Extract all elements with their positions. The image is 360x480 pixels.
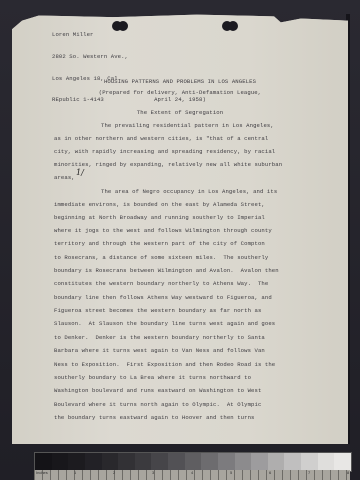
gray-patch [68,453,85,471]
ruler-mark: 3 [152,470,154,475]
paragraph-2-line: The area of Negro occupancy in Los Angel… [101,188,277,195]
ruler-mark: 2 [113,470,115,475]
paragraph-2-line: to Rosecrans, a distance of some sixteen… [54,254,268,261]
paragraph-2-line: southerly boundary to La Brea where it t… [54,374,251,381]
gray-patch [52,453,69,471]
paragraph-2-line: beginning at North Broadway and running … [54,214,265,221]
paragraph-1-line: The prevailing residential pattern in Lo… [101,122,274,129]
paragraph-2-line: to Denker. Denker is the western boundar… [54,334,265,341]
gray-patch [201,453,218,471]
section-heading: The Extent of Segregation [0,109,360,116]
document-title: HOUSING PATTERNS AND PROBLEMS IN LOS ANG… [0,78,360,85]
paragraph-1-line: as in other northern and western cities,… [54,135,268,142]
paragraph-1-line: city, with rapidly increasing and spread… [54,148,275,155]
ruler-mark: 6 [269,470,271,475]
paragraph-1-line: minorities, ringed by expanding, relativ… [54,161,282,168]
gray-patch [251,453,268,471]
paragraph-2-line: Ness to Exposition. First Exposition and… [54,361,275,368]
paragraph-2-line: Boulevard where it turns north again to … [54,401,261,408]
punch-hole-right [222,21,238,31]
footnote-mark: 1/ [76,168,84,177]
paragraph-2-line: boundary is Rosecrans between Wilmington… [54,267,279,274]
ruler-label: Inches [36,470,48,475]
ruler-mark: 7 [308,470,310,475]
ruler-mark: 4 [191,470,193,475]
paragraph-2-line: Barbara where it turns west again to Van… [54,347,265,354]
gray-patch [85,453,102,471]
paragraph-2-line: the boundary turns eastward again to Hoo… [54,414,255,421]
gray-patch [268,453,285,471]
paragraph-2-line: territory and through the western part o… [54,240,265,247]
ruler-mark: 8 [347,470,349,475]
gray-patch [185,453,202,471]
gray-patch [118,453,135,471]
paragraph-2-line: where it jogs to the west and follows Wi… [54,227,272,234]
gray-patch [168,453,185,471]
gray-scale-calibration-strip [34,452,352,472]
document-subtitle-1: (Prepared for delivery, Anti-Defamation … [0,89,360,96]
gray-patch [151,453,168,471]
document-subtitle-2: April 24, 1958) [0,96,360,103]
gray-patch [318,453,335,471]
paragraph-1-line: areas, [54,174,75,181]
author-name: Loren Miller [52,31,128,38]
measurement-ruler: Inches 12345678 [34,470,350,480]
paragraph-2-line: constitutes the western boundary norther… [54,280,268,287]
gray-patch [235,453,252,471]
paragraph-2-line: Washington boulevard and runs eastward o… [54,387,261,394]
gray-patch [301,453,318,471]
gray-patch [35,453,52,471]
ruler-mark: 5 [230,470,232,475]
paragraph-2-line: immediate environs, is bounded on the ea… [54,201,265,208]
paragraph-2-line: Figueroa street becomes the western boun… [54,307,261,314]
ruler-mark: 1 [74,470,76,475]
gray-patch [218,453,235,471]
gray-patch [284,453,301,471]
gray-patch [102,453,119,471]
gray-patch [334,453,351,471]
gray-patch [135,453,152,471]
paragraph-2-line: boundary line then follows Athens Way we… [54,294,272,301]
paragraph-2-line: Slauson. At Slauson the boundary line tu… [54,320,275,327]
author-street: 2802 So. Western Ave., [52,53,128,60]
